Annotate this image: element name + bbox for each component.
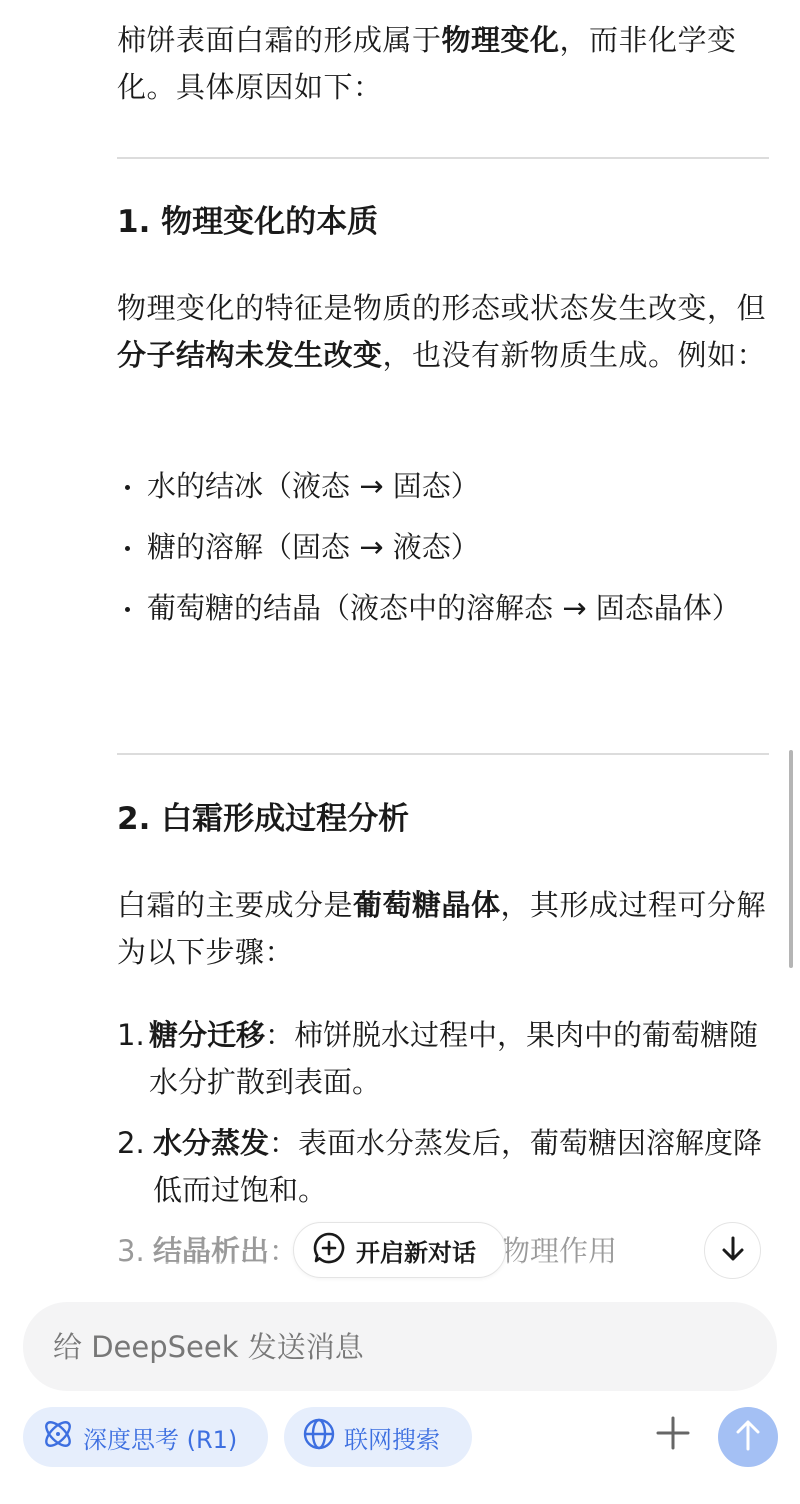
section-1-paragraph: 物理变化的特征是物质的形态或状态发生改变，但分子结构未发生改变，也没有新物质生成… xyxy=(117,285,769,379)
globe-icon xyxy=(302,1417,336,1457)
send-button[interactable] xyxy=(718,1407,778,1467)
web-search-label: 联网搜索 xyxy=(344,1420,440,1455)
examples-list: 水的结冰（液态 → 固态） 糖的溶解（固态 → 液态） 葡萄糖的结晶（液态中的溶… xyxy=(117,463,769,632)
section-2-heading: 2. 白霜形成过程分析 xyxy=(117,797,409,841)
step-item: 1.糖分迁移：柿饼脱水过程中，果肉中的葡萄糖随水分扩散到表面。 xyxy=(117,1012,769,1106)
deep-think-label: 深度思考 (R1) xyxy=(83,1420,237,1455)
intro-paragraph: 柿饼表面白霜的形成属于物理变化，而非化学变化。具体原因如下： xyxy=(117,17,769,111)
web-search-toggle[interactable]: 联网搜索 xyxy=(284,1407,472,1467)
para-bold: 分子结构未发生改变 xyxy=(117,338,383,372)
chat-plus-icon xyxy=(312,1231,346,1269)
message-input[interactable] xyxy=(53,1330,733,1364)
message-input-container[interactable] xyxy=(23,1302,777,1391)
attach-button[interactable] xyxy=(652,1414,694,1456)
scroll-to-bottom-button[interactable] xyxy=(704,1222,761,1279)
para-text: 物理变化的特征是物质的形态或状态发生改变，但 xyxy=(117,291,766,325)
step-number: 1. xyxy=(117,1012,145,1059)
para-bold: 葡萄糖晶体 xyxy=(353,888,501,922)
arrow-down-icon xyxy=(718,1234,748,1268)
step-title: 糖分迁移 xyxy=(149,1018,265,1052)
divider xyxy=(117,157,769,159)
atom-icon xyxy=(41,1417,75,1457)
step-item: 2.水分蒸发：表面水分蒸发后，葡萄糖因溶解度降低而过饱和。 xyxy=(117,1120,769,1214)
plus-icon xyxy=(655,1415,691,1455)
section-2-paragraph: 白霜的主要成分是葡萄糖晶体，其形成过程可分解为以下步骤： xyxy=(117,882,769,976)
intro-text: 柿饼表面白霜的形成属于 xyxy=(117,23,442,57)
list-item: 葡萄糖的结晶（液态中的溶解态 → 固态晶体） xyxy=(117,585,769,632)
para-text: 白霜的主要成分是 xyxy=(117,888,353,922)
para-text-post: ，也没有新物质生成。例如： xyxy=(383,338,767,372)
scrollbar[interactable] xyxy=(789,750,793,968)
intro-bold: 物理变化 xyxy=(442,23,560,57)
section-1-heading: 1. 物理变化的本质 xyxy=(117,200,378,244)
arrow-up-icon xyxy=(733,1418,763,1456)
list-item: 水的结冰（液态 → 固态） xyxy=(117,463,769,510)
new-chat-button[interactable]: 开启新对话 xyxy=(293,1222,506,1278)
step-title: 水分蒸发 xyxy=(153,1126,269,1160)
deep-think-toggle[interactable]: 深度思考 (R1) xyxy=(23,1407,268,1467)
new-chat-label: 开启新对话 xyxy=(356,1233,476,1268)
list-item: 糖的溶解（固态 → 液态） xyxy=(117,524,769,571)
step-number: 2. xyxy=(117,1120,145,1167)
divider xyxy=(117,753,769,755)
